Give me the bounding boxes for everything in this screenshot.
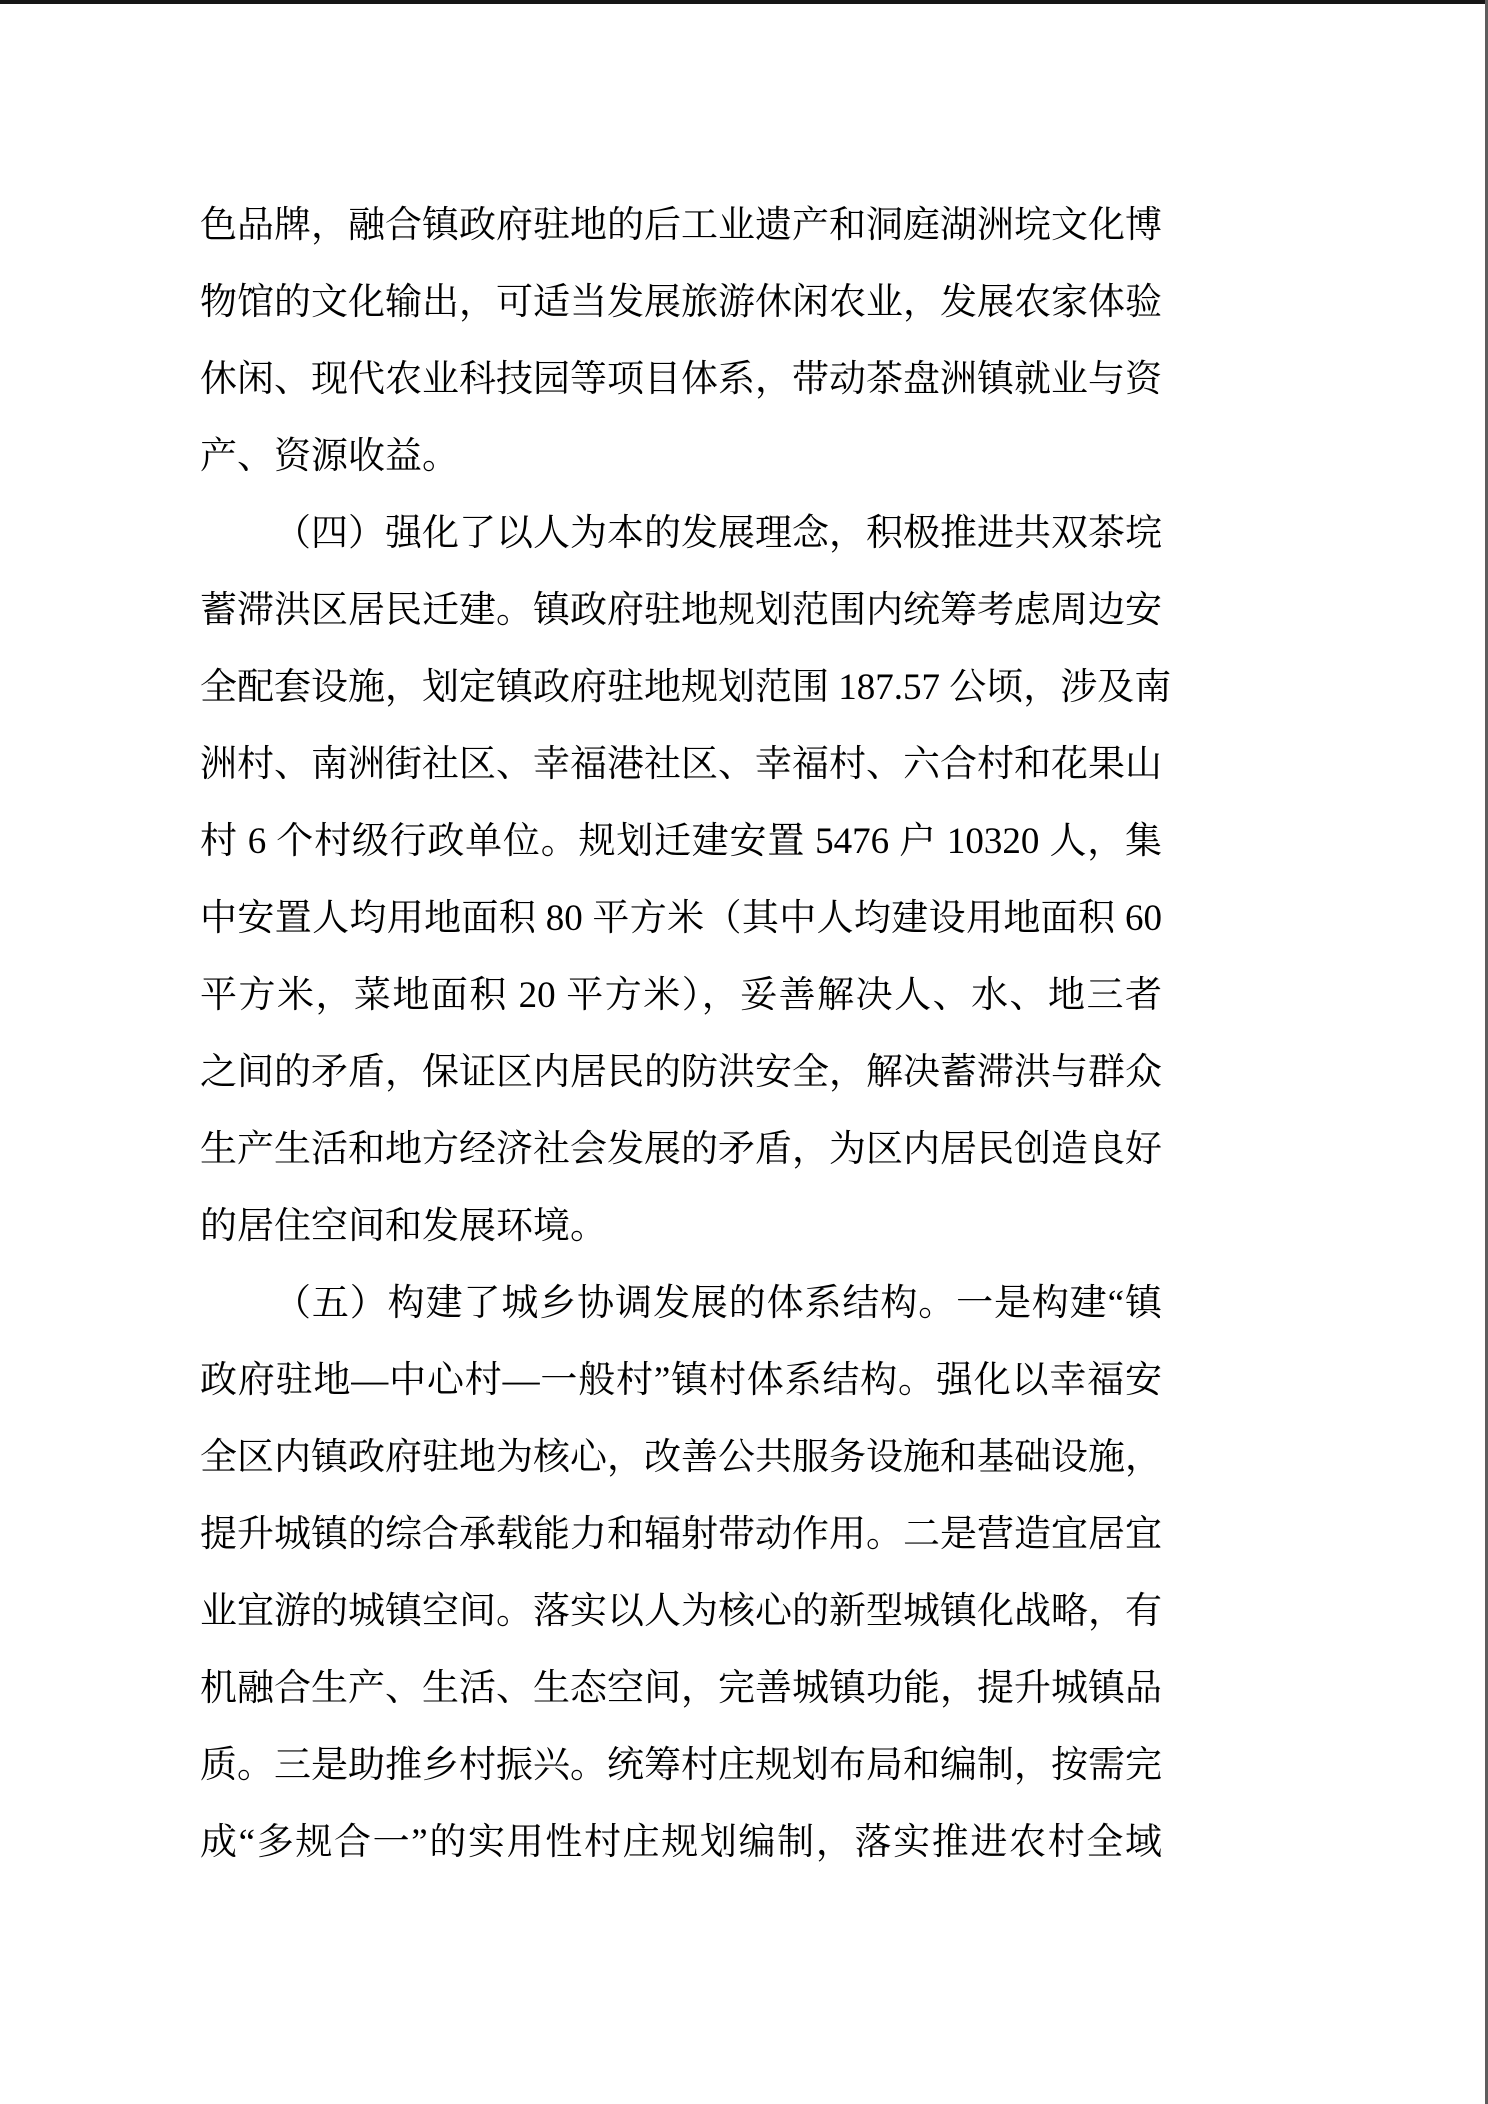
text-line: 提升城镇的综合承载能力和辐射带动作用。二是营造宜居宜 <box>200 1496 1162 1573</box>
text-line: 政府驻地—中心村—一般村”镇村体系结构。强化以幸福安 <box>200 1342 1162 1419</box>
text-line: 之间的矛盾，保证区内居民的防洪安全，解决蓄滞洪与群众 <box>200 1034 1162 1111</box>
text-line: 产、资源收益。 <box>200 418 1162 495</box>
page-top-edge <box>0 0 1488 4</box>
text-line: 休闲、现代农业科技园等项目体系，带动茶盘洲镇就业与资 <box>200 341 1162 418</box>
text-line: 全配套设施，划定镇政府驻地规划范围 187.57 公顷，涉及南 <box>200 649 1162 726</box>
text-line: 成“多规合一”的实用性村庄规划编制，落实推进农村全域 <box>200 1804 1162 1881</box>
paragraph-item-4: （四）强化了以人为本的发展理念，积极推进共双茶垸 蓄滞洪区居民迁建。镇政府驻地规… <box>200 495 1162 1265</box>
text-line: 中安置人均用地面积 80 平方米（其中人均建设用地面积 60 <box>200 880 1162 957</box>
text-line: 色品牌，融合镇政府驻地的后工业遗产和洞庭湖洲垸文化博 <box>200 187 1162 264</box>
text-line: 洲村、南洲街社区、幸福港社区、幸福村、六合村和花果山 <box>200 726 1162 803</box>
text-line: 物馆的文化输出，可适当发展旅游休闲农业，发展农家体验 <box>200 264 1162 341</box>
text-line: 平方米，菜地面积 20 平方米），妥善解决人、水、地三者 <box>200 957 1162 1034</box>
text-line: 机融合生产、生活、生态空间，完善城镇功能，提升城镇品 <box>200 1650 1162 1727</box>
text-line: 生产生活和地方经济社会发展的矛盾，为区内居民创造良好 <box>200 1111 1162 1188</box>
document-body-text: 色品牌，融合镇政府驻地的后工业遗产和洞庭湖洲垸文化博 物馆的文化输出，可适当发展… <box>200 187 1162 1881</box>
document-page: 色品牌，融合镇政府驻地的后工业遗产和洞庭湖洲垸文化博 物馆的文化输出，可适当发展… <box>0 0 1488 2104</box>
text-line: 的居住空间和发展环境。 <box>200 1188 1162 1265</box>
text-line: 全区内镇政府驻地为核心，改善公共服务设施和基础设施， <box>200 1419 1162 1496</box>
text-line: 蓄滞洪区居民迁建。镇政府驻地规划范围内统筹考虑周边安 <box>200 572 1162 649</box>
paragraph-continuation: 色品牌，融合镇政府驻地的后工业遗产和洞庭湖洲垸文化博 物馆的文化输出，可适当发展… <box>200 187 1162 495</box>
paragraph-item-5: （五）构建了城乡协调发展的体系结构。一是构建“镇 政府驻地—中心村—一般村”镇村… <box>200 1265 1162 1881</box>
text-line: 村 6 个村级行政单位。规划迁建安置 5476 户 10320 人，集 <box>200 803 1162 880</box>
text-line: （五）构建了城乡协调发展的体系结构。一是构建“镇 <box>200 1265 1162 1342</box>
text-line: （四）强化了以人为本的发展理念，积极推进共双茶垸 <box>200 495 1162 572</box>
text-line: 质。三是助推乡村振兴。统筹村庄规划布局和编制，按需完 <box>200 1727 1162 1804</box>
text-line: 业宜游的城镇空间。落实以人为核心的新型城镇化战略，有 <box>200 1573 1162 1650</box>
